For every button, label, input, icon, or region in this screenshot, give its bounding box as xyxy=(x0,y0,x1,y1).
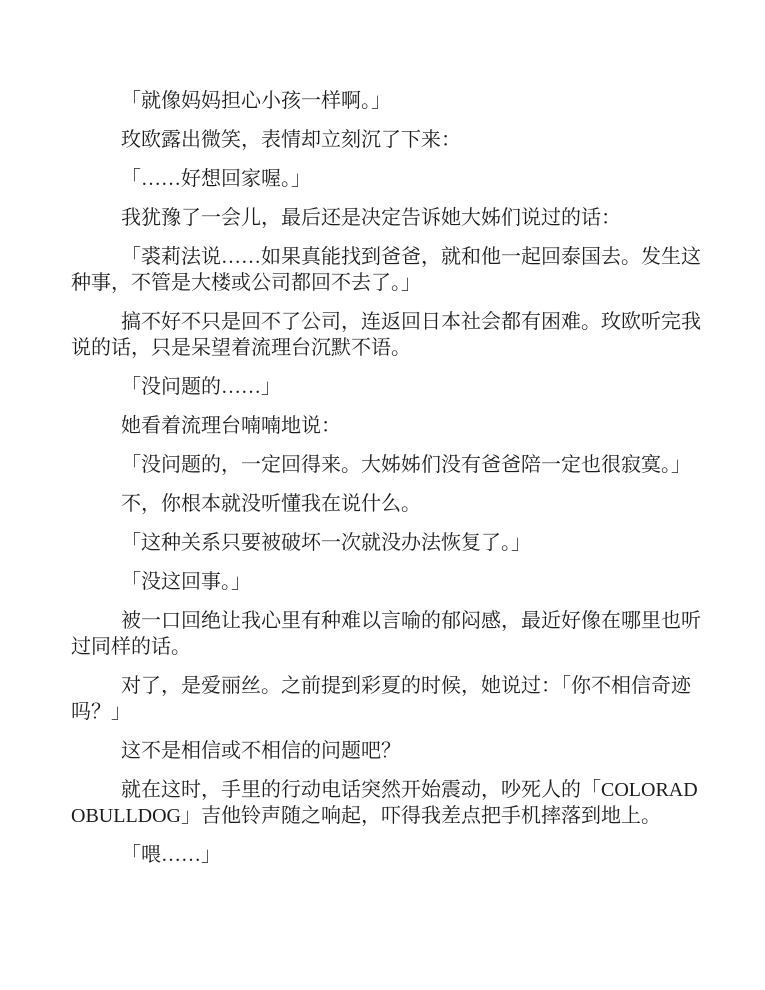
paragraph: 「这种关系只要被破坏一次就没办法恢复了。」 xyxy=(71,530,703,556)
paragraph: 玫欧露出微笑，表情却立刻沉了下来： xyxy=(71,127,703,153)
paragraph: 「没问题的……」 xyxy=(71,374,703,400)
paragraph: 她看着流理台喃喃地说： xyxy=(71,413,703,439)
paragraph: 「裘莉法说……如果真能找到爸爸，就和他一起回泰国去。发生这种事，不管是大楼或公司… xyxy=(71,244,703,296)
paragraph: 我犹豫了一会儿，最后还是决定告诉她大姊们说过的话： xyxy=(71,205,703,231)
paragraph: 「喂……」 xyxy=(71,842,703,868)
paragraph: 不，你根本就没听懂我在说什么。 xyxy=(71,491,703,517)
document-page: 「就像妈妈担心小孩一样啊。」 玫欧露出微笑，表情却立刻沉了下来： 「……好想回家… xyxy=(0,0,765,990)
paragraph: 就在这时，手里的行动电话突然开始震动，吵死人的「COLORADOBULLDOG」… xyxy=(71,777,703,829)
paragraph: 「就像妈妈担心小孩一样啊。」 xyxy=(71,88,703,114)
paragraph: 「……好想回家喔。」 xyxy=(71,166,703,192)
paragraph: 被一口回绝让我心里有种难以言喻的郁闷感，最近好像在哪里也听过同样的话。 xyxy=(71,608,703,660)
paragraph: 对了，是爱丽丝。之前提到彩夏的时候，她说过：「你不相信奇迹吗？」 xyxy=(71,673,703,725)
paragraph: 这不是相信或不相信的问题吧？ xyxy=(71,738,703,764)
paragraph: 搞不好不只是回不了公司，连返回日本社会都有困难。玫欧听完我说的话，只是呆望着流理… xyxy=(71,309,703,361)
paragraph: 「没问题的，一定回得来。大姊姊们没有爸爸陪一定也很寂寞。」 xyxy=(71,452,703,478)
paragraph: 「没这回事。」 xyxy=(71,569,703,595)
